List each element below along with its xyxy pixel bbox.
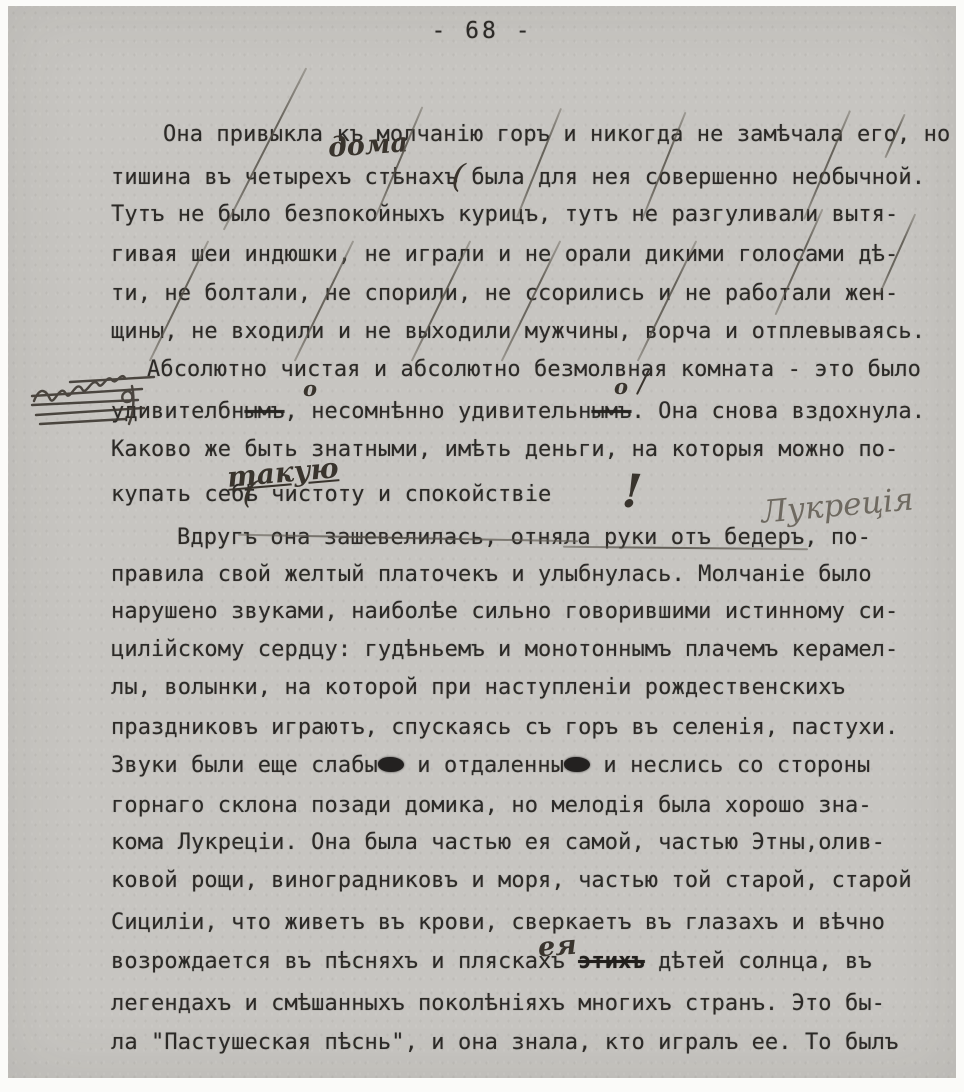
typed-line: Абсолютно чистая и абсолютно безмолвная … — [147, 356, 921, 384]
typed-line: правила свой желтый платочекъ и улыбнула… — [111, 561, 872, 589]
typed-line: купать себѣ чистоту и спокойствіе — [111, 481, 551, 509]
ink-blot — [564, 757, 590, 772]
typed-line: ла "Пастушеская пѣснь", и она знала, кто… — [111, 1029, 898, 1057]
page-number: - 68 - — [8, 18, 956, 44]
typed-line: гивая шеи индюшки, не играли и не орали … — [111, 241, 898, 269]
typed-line: нарушено звуками, наиболѣе сильно говори… — [111, 598, 898, 626]
typed-line: цилійскому сердцу: гудѣньемъ и монотонны… — [111, 636, 898, 664]
scanned-page: - 68 - Она привыкла къ молчанію горъ и н… — [8, 6, 956, 1078]
typed-line: щины, не входили и не выходили мужчины, … — [111, 318, 925, 346]
typed-segment: и отдаленны — [404, 753, 564, 778]
handwritten-exclamation: ! — [621, 464, 644, 519]
handwritten-o-correction-2: о — [614, 374, 628, 399]
handwritten-name-lukretsia: Лукреція — [760, 481, 915, 530]
typed-line: ковой рощи, виноградниковъ и моря, часть… — [111, 867, 912, 895]
typed-segment: . Она снова вздохнула. — [631, 399, 925, 424]
typed-segment: возрождается въ пѣсняхъ и пляскахъ — [111, 949, 578, 974]
typed-segment: Звуки были еще слабы — [111, 753, 378, 778]
handwritten-insertion-doma: дома — [327, 127, 409, 164]
typed-segment: дѣтей солнца, въ — [645, 949, 872, 974]
typed-line: горнаго склона позади домика, но мелодія… — [111, 792, 872, 820]
typed-line: Она привыкла къ молчанію горъ и никогда … — [163, 121, 950, 149]
typed-line: удивителбнымъ, несомнѣнно удивительнымъ.… — [111, 398, 925, 426]
handwritten-insertion-eya: ея — [537, 930, 578, 964]
ink-blot — [378, 757, 404, 772]
typed-segment: , несомнѣнно удивительн — [285, 399, 592, 424]
typed-line: праздниковъ играютъ, спускаясь съ горъ в… — [111, 714, 898, 742]
typed-line: возрождается въ пѣсняхъ и пляскахъ этихъ… — [111, 948, 872, 976]
typed-line: Сициліи, что живетъ въ крови, сверкаетъ … — [111, 909, 885, 937]
struck-segment: ымъ — [591, 399, 631, 424]
typed-segment: и неслись со стороны — [590, 753, 870, 778]
typed-line: легендахъ и смѣшанныхъ поколѣніяхъ многи… — [111, 990, 885, 1018]
typed-line: тишина въ четырехъ стѣнахъ была для нея … — [111, 164, 925, 192]
handwritten-o-correction-1: о — [303, 376, 317, 401]
typed-line: Звуки были еще слабы и отдаленны и несли… — [111, 752, 870, 780]
typed-line: лы, волынки, на которой при наступленіи … — [111, 674, 845, 702]
struck-segment: ымъ — [244, 399, 284, 424]
typed-line: кома Лукреціи. Она была частью ея самой,… — [111, 829, 885, 857]
margin-scribble — [30, 374, 158, 438]
struck-segment: этихъ — [578, 949, 645, 974]
scanned-document: - 68 - Она привыкла къ молчанію горъ и н… — [0, 0, 964, 1092]
